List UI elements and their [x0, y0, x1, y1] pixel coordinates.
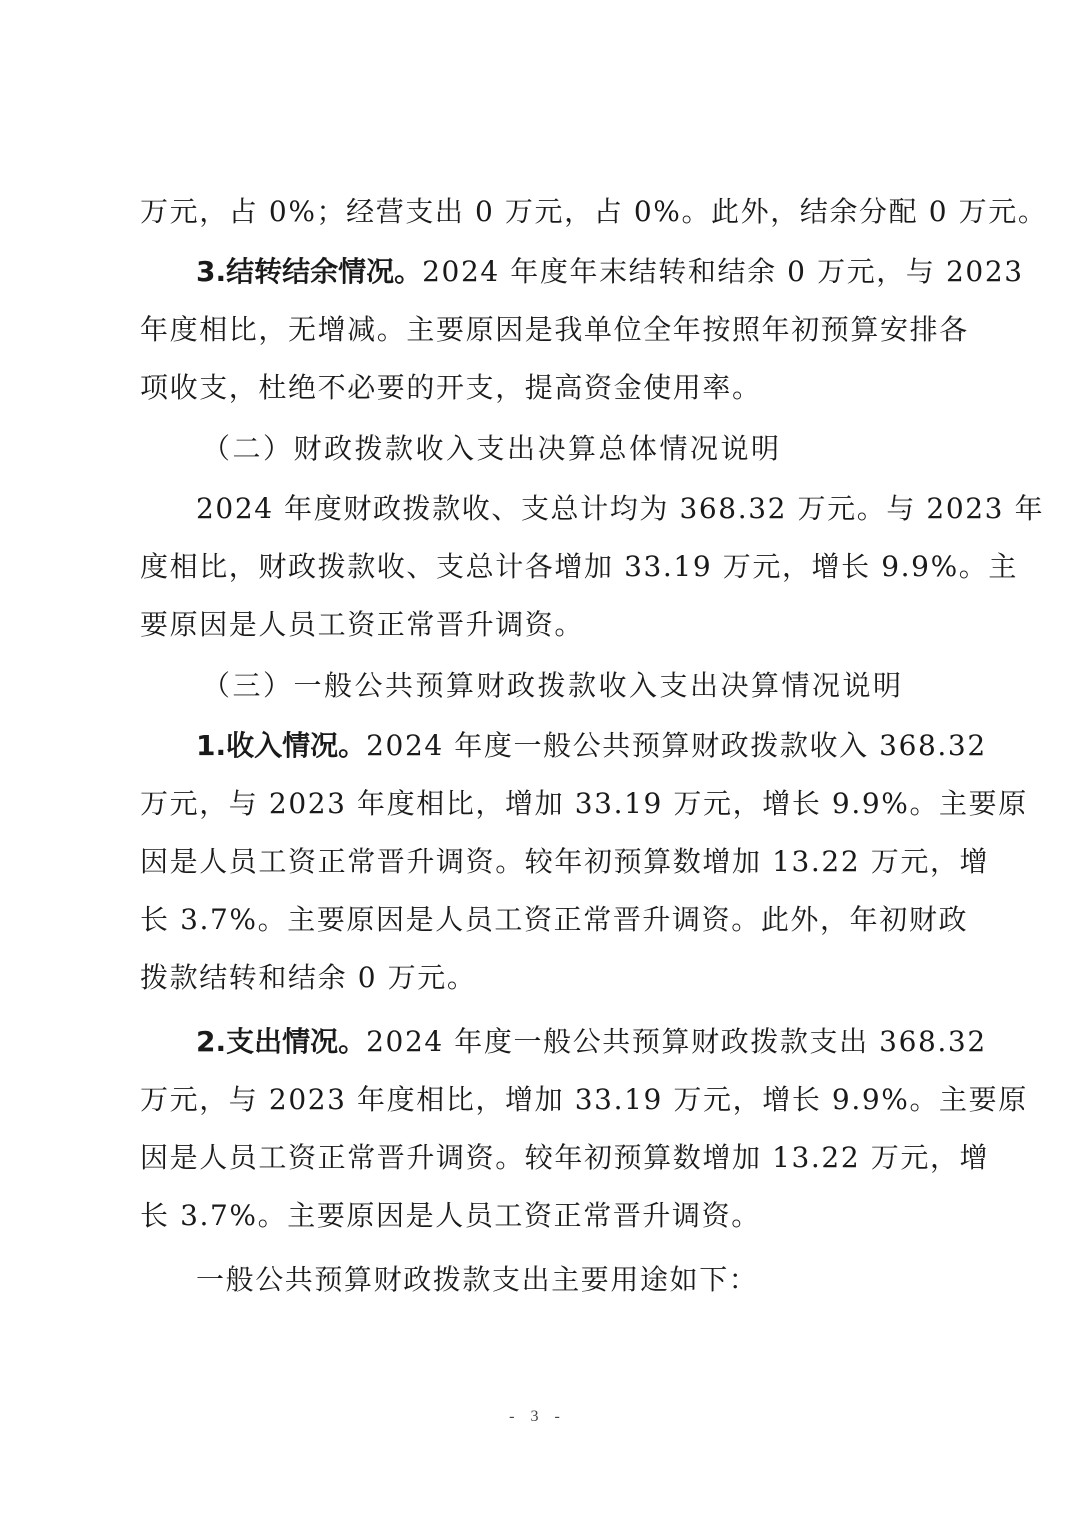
- body-text-line: 万元，占 0%；经营支出 0 万元，占 0%。此外，结余分配 0 万元。: [140, 192, 937, 232]
- numbered-subheading: 2.支出情况。: [196, 1025, 366, 1058]
- body-text-line: 长 3.7%。主要原因是人员工资正常晋升调资。: [140, 1196, 937, 1236]
- body-text-line: 2.支出情况。2024 年度一般公共预算财政拨款支出 368.32: [140, 1022, 937, 1062]
- body-text-line: 拨款结转和结余 0 万元。: [140, 958, 937, 998]
- body-text-line: 一般公共预算财政拨款支出主要用途如下：: [140, 1260, 937, 1300]
- body-text-line: 因是人员工资正常晋升调资。较年初预算数增加 13.22 万元，增: [140, 1138, 937, 1178]
- body-text-line: 1.收入情况。2024 年度一般公共预算财政拨款收入 368.32: [140, 726, 937, 766]
- numbered-subheading: 3.结转结余情况。: [196, 255, 422, 288]
- body-text-line: 3.结转结余情况。2024 年度年末结转和结余 0 万元，与 2023: [140, 252, 937, 292]
- body-text-line: 年度相比，无增减。主要原因是我单位全年按照年初预算安排各: [140, 310, 937, 350]
- body-text-line: 2024 年度财政拨款收、支总计均为 368.32 万元。与 2023 年: [140, 489, 937, 529]
- section-heading: （二）财政拨款收入支出决算总体情况说明: [140, 429, 937, 469]
- body-text-line: 长 3.7%。主要原因是人员工资正常晋升调资。此外，年初财政: [140, 900, 937, 940]
- page-number: - 3 -: [0, 1408, 1075, 1426]
- body-text-line: 万元，与 2023 年度相比，增加 33.19 万元，增长 9.9%。主要原: [140, 1080, 937, 1120]
- numbered-subheading: 1.收入情况。: [196, 729, 366, 762]
- body-text-line: 万元，与 2023 年度相比，增加 33.19 万元，增长 9.9%。主要原: [140, 784, 937, 824]
- body-text-line: 项收支，杜绝不必要的开支，提高资金使用率。: [140, 368, 937, 408]
- body-text-line: 因是人员工资正常晋升调资。较年初预算数增加 13.22 万元，增: [140, 842, 937, 882]
- body-text: 2024 年度年末结转和结余 0 万元，与 2023: [422, 255, 1024, 288]
- body-text-line: 要原因是人员工资正常晋升调资。: [140, 605, 937, 645]
- body-text-line: 度相比，财政拨款收、支总计各增加 33.19 万元，增长 9.9%。主: [140, 547, 937, 587]
- body-text: 2024 年度一般公共预算财政拨款收入 368.32: [366, 729, 987, 762]
- section-heading: （三）一般公共预算财政拨款收入支出决算情况说明: [140, 666, 937, 706]
- body-text: 2024 年度一般公共预算财政拨款支出 368.32: [366, 1025, 987, 1058]
